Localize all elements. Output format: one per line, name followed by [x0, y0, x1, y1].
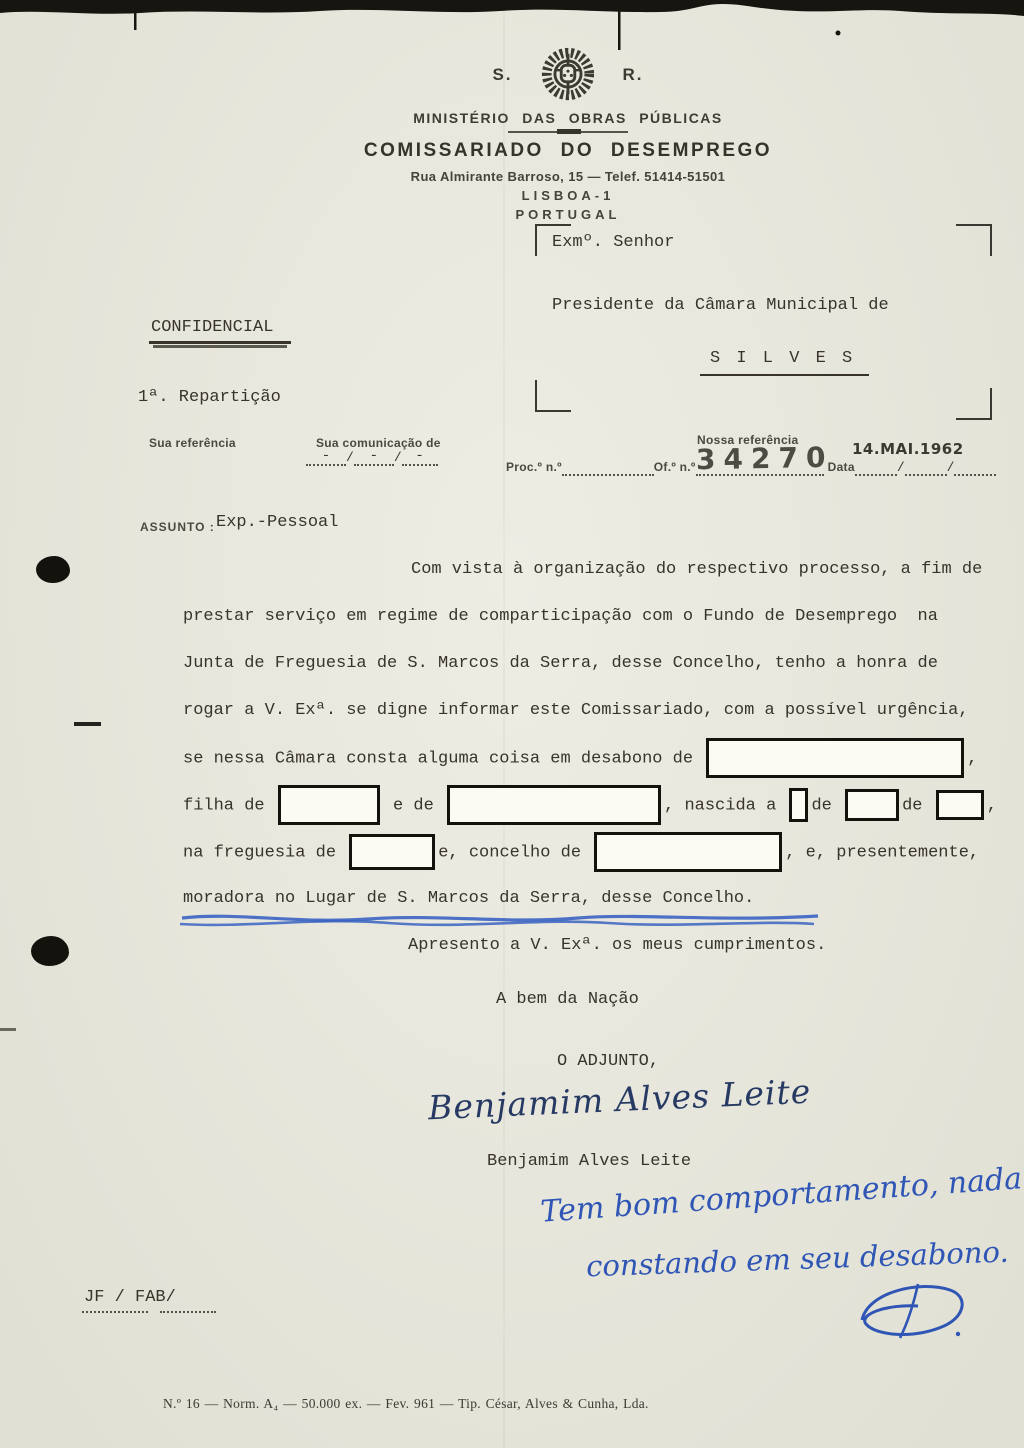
letterhead: S. R. MINISTÉRIO DAS OBRAS PÚBLICAS COMI…	[258, 44, 878, 222]
body-text: e, concelho de	[438, 843, 591, 862]
typed-signatory-name: Benjamim Alves Leite	[487, 1152, 691, 1171]
addressee-title: Presidente da Câmara Municipal de	[552, 296, 889, 315]
handwritten-signature: Benjamim Alves Leite	[427, 1072, 812, 1128]
body-line: Junta de Freguesia de S. Marcos da Serra…	[183, 654, 938, 673]
dotted-leader	[855, 458, 897, 476]
redaction-box	[278, 785, 380, 825]
subject-label: ASSUNTO :	[140, 520, 215, 534]
redaction-box	[706, 738, 964, 778]
body-text: filha de	[183, 796, 275, 815]
dotted-leader	[160, 1311, 216, 1313]
redaction-box	[789, 788, 808, 822]
blank-field: -	[306, 448, 346, 466]
margin-dash	[74, 722, 101, 726]
dotted-leader	[562, 458, 654, 476]
blue-pen-underline	[178, 908, 828, 934]
rubric-flourish-icon	[848, 1276, 973, 1346]
addressee-bracket-bottom-left	[535, 380, 571, 412]
scanned-letter-page: S. R. MINISTÉRIO DAS OBRAS PÚBLICAS COMI…	[0, 0, 1024, 1448]
portuguese-coat-of-arms-icon	[539, 44, 597, 106]
subject-value: Exp.-Pessoal	[216, 513, 338, 532]
handwritten-note-line1: Tem bom comportamento, nada	[539, 1161, 1023, 1230]
letterhead-r: R.	[623, 65, 644, 85]
redaction-box	[594, 832, 782, 872]
addressee-bracket-bottom-right	[956, 388, 992, 420]
blank-field: -	[354, 448, 394, 466]
dotted-leader	[905, 458, 947, 476]
body-text-underlined: moradora no Lugar de S. Marcos da Serra,	[183, 889, 591, 908]
body-text: , nascida a	[664, 796, 786, 815]
body-line: moradora no Lugar de S. Marcos da Serra,…	[183, 889, 754, 908]
proc-label: Proc.º n.º	[506, 460, 562, 474]
letterhead-top-row: S. R.	[258, 44, 878, 106]
body-text: ,	[987, 796, 997, 815]
date-stamp: 14.MAI.1962	[852, 440, 964, 458]
agency-address: Rua Almirante Barroso, 15 — Telef. 51414…	[258, 169, 878, 184]
redaction-box	[447, 785, 661, 825]
dotted-leader	[954, 458, 996, 476]
body-text: na freguesia de	[183, 843, 346, 862]
body-text: ,	[967, 749, 977, 768]
redaction-box	[936, 790, 984, 820]
body-line: rogar a V. Exª. se digne informar este C…	[183, 701, 969, 720]
blank-field: -	[402, 448, 438, 466]
body-line: Apresento a V. Exª. os meus cumprimentos…	[408, 936, 826, 955]
slash: /	[394, 450, 402, 465]
body-text: , e, presentemente,	[785, 843, 979, 862]
slash: /	[346, 450, 354, 465]
your-communication-value: -/-/-	[306, 448, 438, 466]
agency-country: PORTUGAL	[258, 207, 878, 222]
ministry-rule	[508, 129, 628, 134]
body-text: e de	[383, 796, 444, 815]
redaction-box	[845, 789, 899, 821]
body-line: na freguesia de e, concelho de , e, pres…	[183, 842, 979, 862]
slash: /	[947, 460, 955, 475]
classification-underline	[153, 345, 287, 348]
body-text: desse Concelho.	[591, 889, 754, 908]
agency-city: LISBOA-1	[258, 188, 878, 203]
clerk-initials: JF / FAB/	[84, 1288, 176, 1307]
redaction-box	[349, 834, 435, 870]
letterhead-s: S.	[492, 65, 512, 85]
of-label: Of.º n.º	[654, 460, 696, 474]
body-line: filha de e de , nascida a de de ,	[183, 795, 997, 815]
closing-motto: A bem da Nação	[496, 990, 639, 1009]
classification-underline	[149, 341, 291, 344]
slash: /	[897, 460, 905, 475]
body-text: se nessa Câmara consta alguma coisa em d…	[183, 749, 703, 768]
your-reference-label: Sua referência	[149, 436, 236, 450]
closing-role: O ADJUNTO,	[557, 1052, 659, 1071]
department-line: 1ª. Repartição	[138, 388, 281, 407]
agency-name: COMISSARIADO DO DESEMPREGO	[258, 140, 878, 162]
body-text: de	[902, 796, 933, 815]
body-text: de	[811, 796, 842, 815]
ink-blot	[31, 936, 69, 966]
body-line: prestar serviço em regime de comparticip…	[183, 607, 938, 626]
body-line: se nessa Câmara consta alguma coisa em d…	[183, 748, 978, 768]
addressee-salutation: Exmº. Senhor	[552, 233, 674, 252]
addressee-municipality: S I L V E S	[700, 349, 869, 376]
margin-dash	[0, 1028, 16, 1031]
office-number-stamp: 34270	[696, 441, 834, 476]
addressee-bracket-top-right	[956, 224, 992, 256]
ink-blot	[36, 556, 70, 583]
printer-imprint: N.º 16 — Norm. A₄ — 50.000 ex. — Fev. 96…	[163, 1396, 649, 1412]
ministry-name: MINISTÉRIO DAS OBRAS PÚBLICAS	[258, 110, 878, 126]
dotted-leader	[82, 1311, 148, 1313]
body-line: Com vista à organização do respectivo pr…	[411, 560, 982, 579]
classification-label: CONFIDENCIAL	[151, 318, 273, 337]
